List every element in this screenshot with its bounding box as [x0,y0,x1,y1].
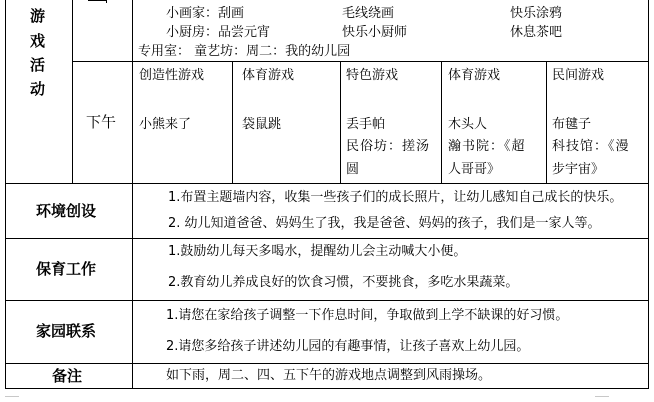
afternoon-game-item: 布毽子 [552,117,591,133]
col-divider [132,0,133,389]
row-divider [5,388,649,389]
afternoon-game-item: 丢手帕 [346,117,385,133]
afternoon-game-title: 民间游戏 [552,68,604,84]
afternoon-game-item: 小熊来了 [139,117,191,133]
morning-activity: 小厨房：品尝元宵 [166,25,270,41]
row-divider [5,238,649,239]
special-room: 专用室： 童艺坊：周二：我的幼儿园 [138,44,350,60]
col-divider [546,61,547,183]
row-divider [5,183,649,184]
row-divider [72,61,649,62]
section-item: 2.教育幼儿养成良好的饮食习惯，不要挑食，多吃水果蔬菜。 [168,275,518,291]
section-item: 1.鼓励幼儿每天多喝水，提醒幼儿会主动喊大小便。 [168,244,466,260]
morning-activity: 快乐涂鸦 [510,6,562,22]
col-divider [72,0,73,183]
page-corner-mark-right [595,396,609,402]
morning-activity: 小画家：刮画 [166,6,244,22]
row-divider [5,300,649,301]
page-corner-mark-left [5,396,19,402]
afternoon-game-item: 步宇宙》 [552,162,604,178]
section-item: 1.请您在家给孩子调整一下作息时间，争取做到上学不缺课的好习惯。 [166,308,568,324]
section-label-home-school: 家园联系 [36,323,96,339]
afternoon-game-item: 人哥哥》 [448,162,500,178]
section-item: 1.布置主题墙内容，收集一些孩子们的成长照片，让幼儿感知自己成长的快乐。 [168,190,622,206]
morning-activity: 毛线绕画 [342,6,394,22]
col-divider [340,61,341,183]
col-divider [441,61,442,183]
morning-activity: 休息茶吧 [510,25,562,41]
row-divider [5,363,649,364]
morning-activity: 快乐小厨师 [342,25,407,41]
game-activity-label-char: 游 [30,8,45,24]
game-activity-label-char: 活 [30,57,45,73]
section-item: 2.请您多给孩子讲述幼儿园的有趣事情，让孩子喜欢上幼儿园。 [166,339,529,355]
afternoon-game-item: 科技馆：《漫 [552,139,630,155]
afternoon-game-title: 体育游戏 [242,68,294,84]
afternoon-game-item: 瀚书院：《超 [448,139,526,155]
afternoon-label: 下午 [86,114,116,130]
section-label-care: 保育工作 [36,261,96,277]
afternoon-game-item: 民俗坊：搓汤 [346,139,430,155]
morning-label-tick [106,0,107,3]
notes-text: 如下雨，周二、四、五下午的游戏地点调整到风雨操场。 [166,368,491,384]
afternoon-game-item: 木头人 [448,117,487,133]
table-border-left [5,0,6,389]
section-label-environment: 环境创设 [36,203,96,219]
afternoon-game-title: 体育游戏 [448,68,500,84]
afternoon-game-item: 圆 [346,162,359,178]
afternoon-game-item: 袋鼠跳 [242,117,281,133]
morning-label-stub [88,0,106,1]
game-activity-label-char: 动 [30,81,45,97]
table-border-right [648,0,649,389]
afternoon-game-title: 特色游戏 [346,68,398,84]
col-divider [232,61,233,183]
section-label-notes: 备注 [52,368,82,384]
section-item: 2. 幼儿知道爸爸、妈妈生了我，我是爸爸、妈妈的孩子，我们是一家人等。 [168,216,601,232]
game-activity-label-char: 戏 [30,33,45,49]
afternoon-game-title: 创造性游戏 [139,68,204,84]
